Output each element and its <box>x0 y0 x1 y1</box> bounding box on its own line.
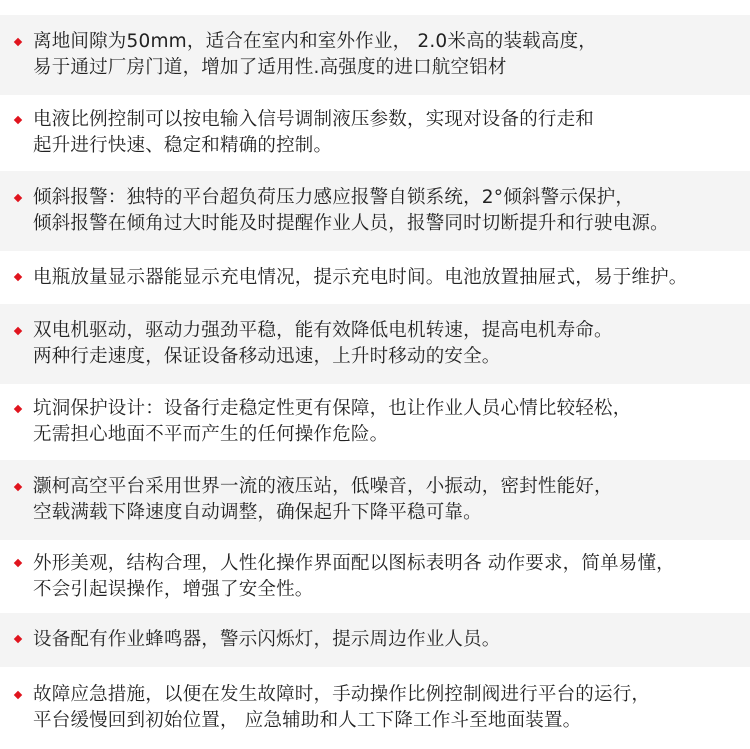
feature-item-dual-motor-drive: 双电机驱动，驱动力强劲平稳，能有效降低电机转速，提高电机寿命。 两种行走速度，保… <box>0 304 750 384</box>
red-diamond-bullet-icon <box>14 38 22 46</box>
red-diamond-bullet-icon <box>14 327 22 335</box>
feature-item-electro-hydraulic-control: 电液比例控制可以按电输入信号调制液压参数，实现对设备的行走和 起升进行快速、稳定… <box>0 95 750 171</box>
feature-text-line: 灏柯高空平台采用世界一流的液压站，低噪音，小振动，密封性能好， <box>33 474 742 500</box>
feature-item-hydraulic-station: 灏柯高空平台采用世界一流的液压站，低噪音，小振动，密封性能好， 空载满载下降速度… <box>0 460 750 540</box>
red-diamond-bullet-icon <box>14 273 22 281</box>
feature-text-line: 倾斜报警在倾角过大时能及时提醒作业人员，报警同时切断提升和行驶电源。 <box>33 211 742 237</box>
feature-text-line: 不会引起误操作，增强了安全性。 <box>33 577 742 603</box>
feature-text-line: 双电机驱动，驱动力强劲平稳，能有效降低电机转速，提高电机寿命。 <box>33 318 742 344</box>
feature-text-line: 坑洞保护设计：设备行走稳定性更有保障，也让作业人员心情比较轻松， <box>33 396 742 422</box>
red-diamond-bullet-icon <box>14 405 22 413</box>
feature-text-line: 空载满载下降速度自动调整，确保起升下降平稳可靠。 <box>33 500 742 526</box>
feature-text-line: 外形美观，结构合理，人性化操作界面配以图标表明各 动作要求，简单易懂， <box>33 551 742 577</box>
red-diamond-bullet-icon <box>14 635 22 643</box>
feature-text-line: 电液比例控制可以按电输入信号调制液压参数，实现对设备的行走和 <box>33 107 742 133</box>
feature-item-emergency-measures: 故障应急措施，以便在发生故障时，手动操作比例控制阀进行平台的运行， 平台缓慢回到… <box>0 667 750 749</box>
product-features-page: 离地间隙为50mm，适合在室内和室外作业， 2.0米高的装载高度， 易于通过厂房… <box>0 0 750 749</box>
feature-text-line: 倾斜报警：独特的平台超负荷压力感应报警自锁系统，2°倾斜警示保护， <box>33 185 742 211</box>
feature-text-line: 两种行走速度，保证设备移动迅速，上升时移动的安全。 <box>33 344 742 370</box>
feature-text-line: 故障应急措施，以便在发生故障时，手动操作比例控制阀进行平台的运行， <box>33 682 742 708</box>
feature-item-battery-indicator: 电瓶放量显示器能显示充电情况，提示充电时间。电池放置抽屉式，易于维护。 <box>0 251 750 304</box>
feature-text-line: 起升进行快速、稳定和精确的控制。 <box>33 133 742 159</box>
red-diamond-bullet-icon <box>14 194 22 202</box>
red-diamond-bullet-icon <box>14 559 22 567</box>
feature-item-pothole-protection: 坑洞保护设计：设备行走稳定性更有保障，也让作业人员心情比较轻松， 无需担心地面不… <box>0 384 750 460</box>
feature-item-ergonomic-design: 外形美观，结构合理，人性化操作界面配以图标表明各 动作要求，简单易懂， 不会引起… <box>0 540 750 613</box>
feature-item-ground-clearance: 离地间隙为50mm，适合在室内和室外作业， 2.0米高的装载高度， 易于通过厂房… <box>0 15 750 95</box>
feature-text-line: 离地间隙为50mm，适合在室内和室外作业， 2.0米高的装载高度， <box>33 29 742 55</box>
feature-text-line: 设备配有作业蜂鸣器，警示闪烁灯，提示周边作业人员。 <box>33 627 742 653</box>
feature-list: 离地间隙为50mm，适合在室内和室外作业， 2.0米高的装载高度， 易于通过厂房… <box>0 15 750 749</box>
red-diamond-bullet-icon <box>14 483 22 491</box>
feature-text-line: 易于通过厂房门道，增加了适用性.高强度的进口航空铝材 <box>33 55 742 81</box>
feature-item-buzzer-warning-light: 设备配有作业蜂鸣器，警示闪烁灯，提示周边作业人员。 <box>0 613 750 667</box>
red-diamond-bullet-icon <box>14 691 22 699</box>
feature-item-tilt-alarm: 倾斜报警：独特的平台超负荷压力感应报警自锁系统，2°倾斜警示保护， 倾斜报警在倾… <box>0 171 750 251</box>
feature-text-line: 无需担心地面不平而产生的任何操作危险。 <box>33 422 742 448</box>
feature-text-line: 平台缓慢回到初始位置， 应急辅助和人工下降工作斗至地面装置。 <box>33 708 742 734</box>
feature-text-line: 电瓶放量显示器能显示充电情况，提示充电时间。电池放置抽屉式，易于维护。 <box>33 265 742 291</box>
red-diamond-bullet-icon <box>14 116 22 124</box>
